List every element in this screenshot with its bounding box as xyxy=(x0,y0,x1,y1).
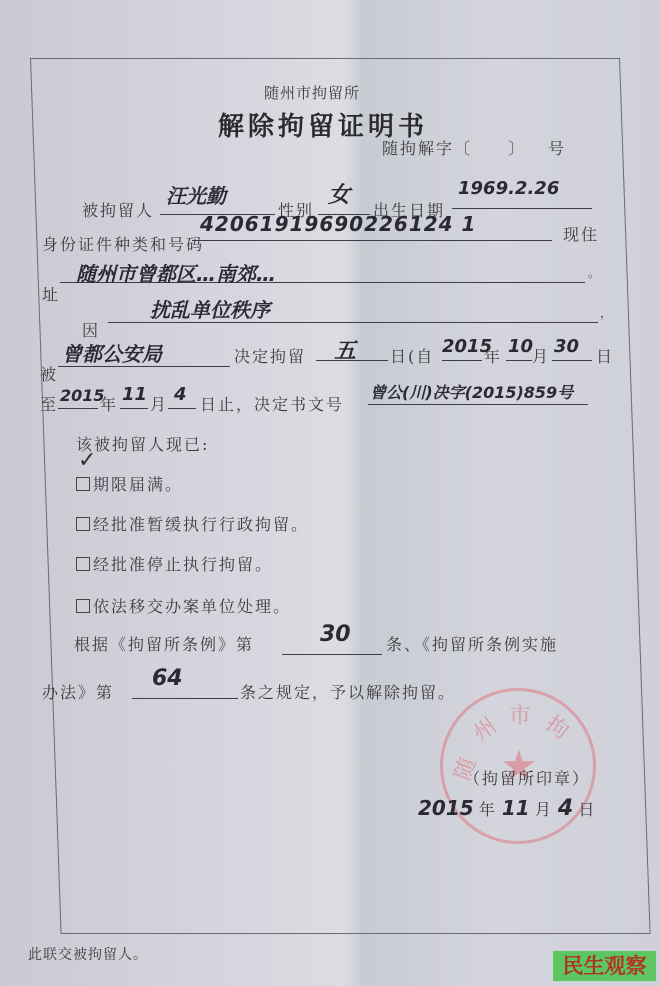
days-value[interactable]: 五 xyxy=(334,334,356,365)
id-number[interactable]: 42061919690226124 1 xyxy=(200,212,476,236)
detainee-label: 被拘留人 xyxy=(82,198,154,221)
address-label-2: 址 xyxy=(42,282,60,305)
to-year[interactable]: 2015 xyxy=(60,386,105,405)
checkbox[interactable] xyxy=(76,599,90,613)
watermark-logo: 民生观察 xyxy=(553,951,656,981)
footer-note: 此联交被拘留人。 xyxy=(28,944,148,964)
issuer: 随州市拘留所 xyxy=(264,82,360,103)
option-stopped: 经批准停止执行拘留。 xyxy=(76,552,273,575)
option-term-expired: 期限届满。 xyxy=(76,472,183,495)
article-1[interactable]: 30 xyxy=(320,622,351,647)
address-label-1: 现住 xyxy=(563,222,599,245)
article-2[interactable]: 64 xyxy=(152,666,183,691)
from-month[interactable]: 10 xyxy=(508,336,533,357)
checkbox[interactable] xyxy=(76,557,90,571)
sex-value[interactable]: 女 xyxy=(328,178,350,209)
check-mark-icon: ✓ xyxy=(78,448,96,473)
checkbox[interactable] xyxy=(76,517,90,531)
detainee-name[interactable]: 汪光勤 xyxy=(166,180,226,209)
by-label: 被 xyxy=(40,362,58,385)
doc-number: 随拘解字〔〕号 xyxy=(382,136,566,159)
dob-value[interactable]: 1969.2.26 xyxy=(458,178,559,199)
signature-date: 2015 年 11 月 4 日 xyxy=(418,796,596,821)
option-suspended: 经批准暂缓执行行政拘留。 xyxy=(76,512,309,535)
to-month[interactable]: 11 xyxy=(122,384,147,405)
id-label: 身份证件种类和号码 xyxy=(42,232,204,255)
checkbox[interactable] xyxy=(76,477,90,491)
option-transferred: 依法移交办案单位处理。 xyxy=(76,594,291,617)
authority-value[interactable]: 曾都公安局 xyxy=(62,338,162,367)
to-day[interactable]: 4 xyxy=(174,384,187,405)
reason-value[interactable]: 扰乱单位秩序 xyxy=(150,294,270,323)
to-label: 至 xyxy=(40,392,58,415)
from-day[interactable]: 30 xyxy=(554,336,579,357)
address-value[interactable]: 随州市曾都区…南郊… xyxy=(76,258,276,287)
seal-label: （拘留所印章） xyxy=(464,766,590,789)
decision-doc-number[interactable]: 曾公(川)决字(2015)859号 xyxy=(370,380,573,403)
decision-label: 决定拘留 xyxy=(234,344,306,367)
